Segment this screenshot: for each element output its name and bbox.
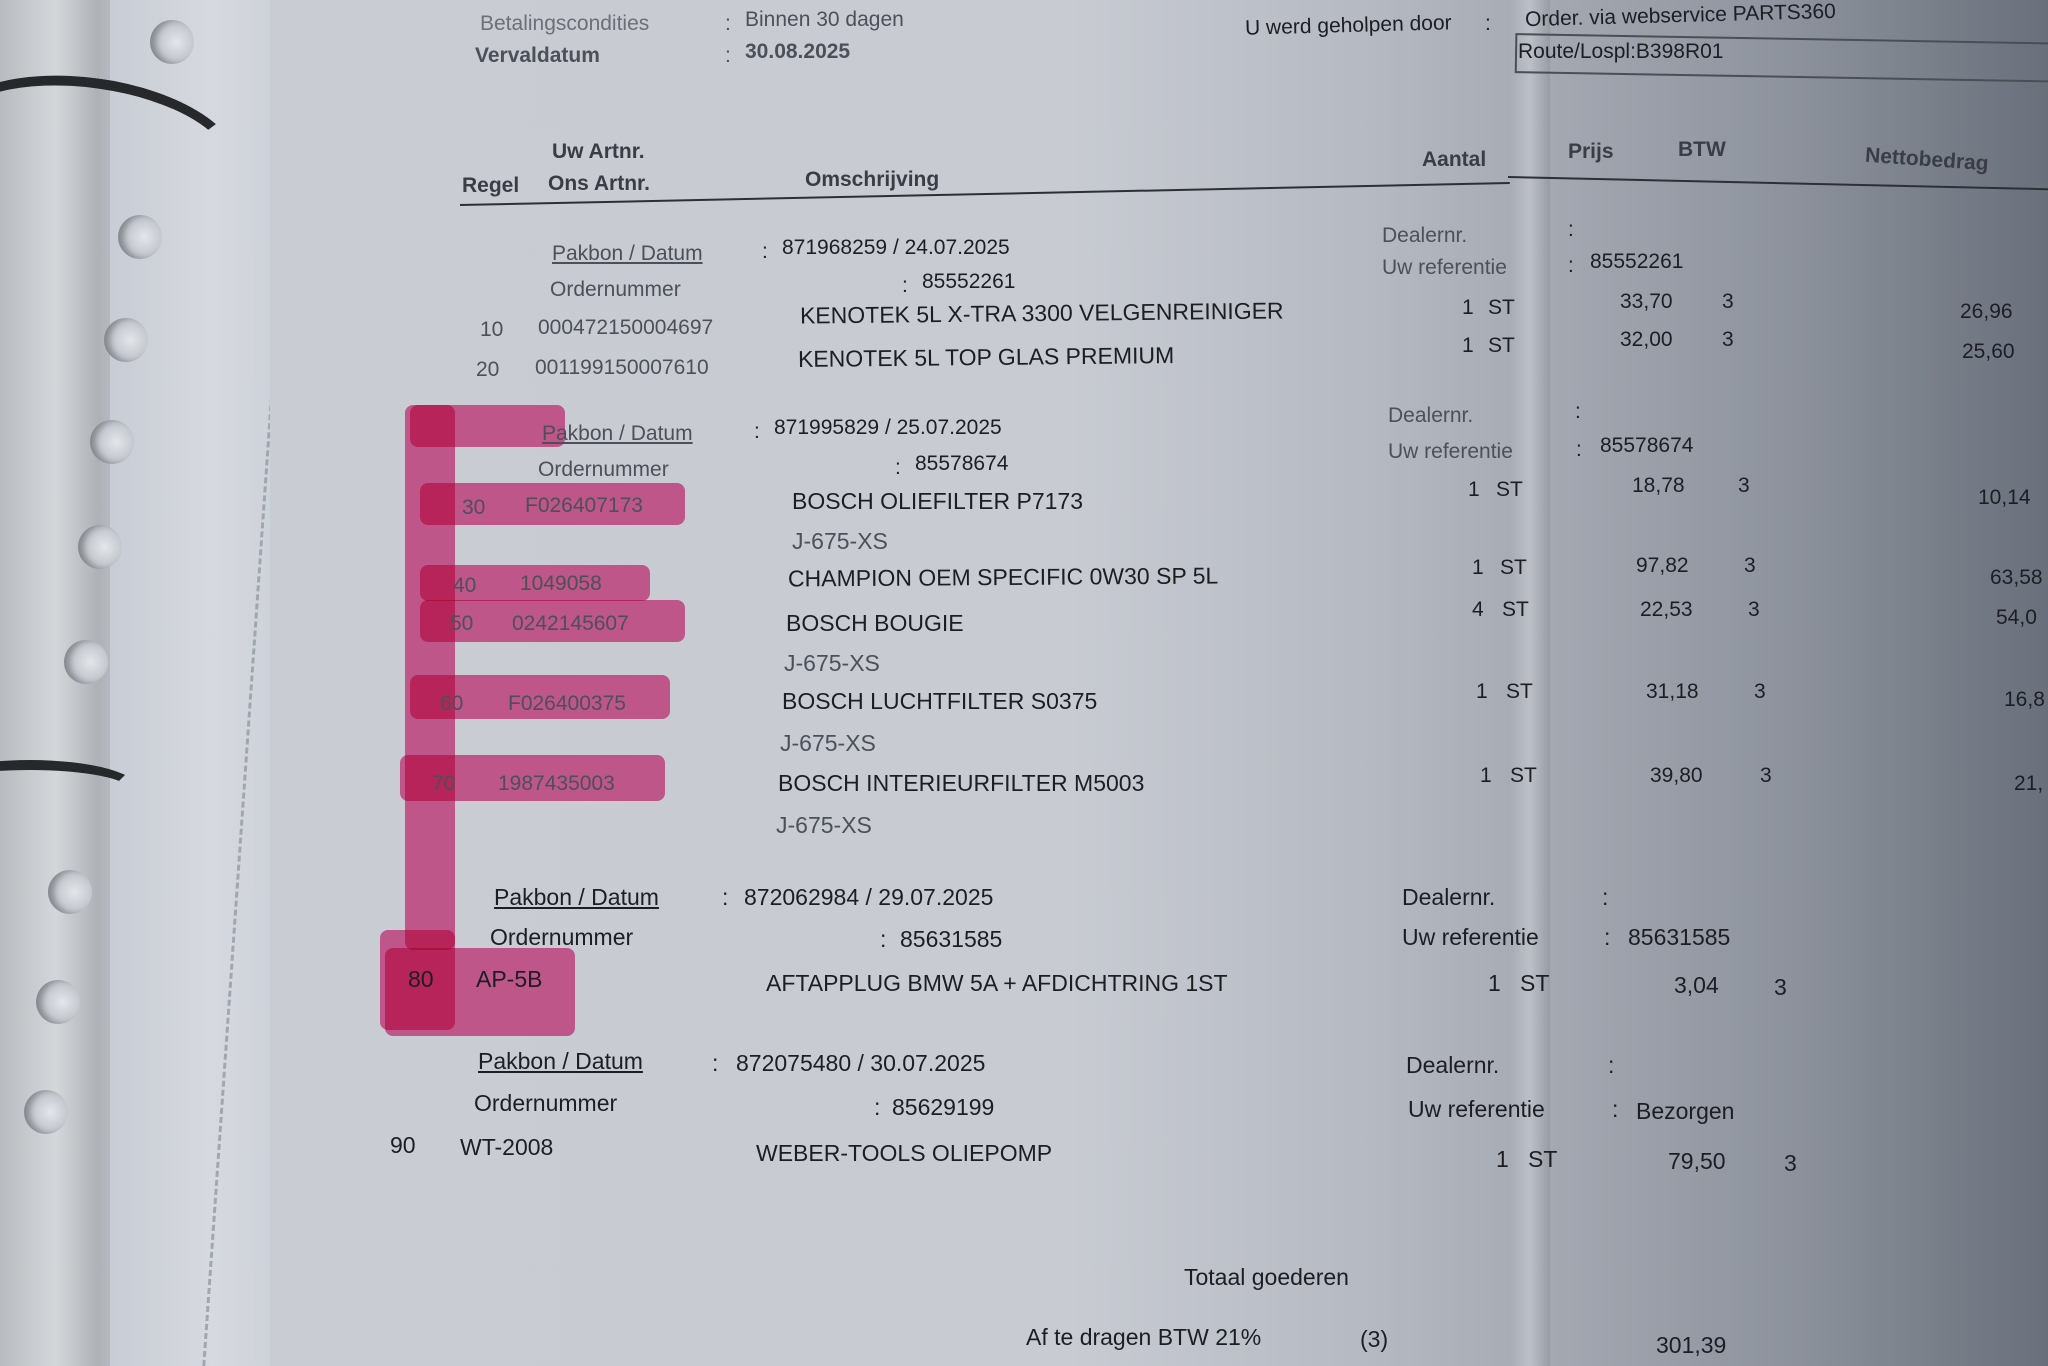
line-btw: 3 [1738,474,1750,498]
vervaldatum-sep: : [725,44,731,68]
punch-hole [36,980,80,1024]
geholpen-label: U werd geholpen door [1245,11,1452,40]
line-prijs: 33,70 [1620,290,1673,314]
line-aantal: 1 [1468,478,1480,502]
line-omschrijving: AFTAPPLUG BMW 5A + AFDICHTRING 1ST [766,970,1228,997]
line-btw: 3 [1754,680,1766,704]
ordernummer-label: Ordernummer [538,458,669,482]
col-ons-artnr: Ons Artnr. [548,172,650,196]
line-omschrijving: KENOTEK 5L X-TRA 3300 VELGENREINIGER [800,297,1284,329]
ordernummer-sep: : [895,456,901,480]
line-omschrijving: KENOTEK 5L TOP GLAS PREMIUM [798,342,1174,373]
uw-referentie-label: Uw referentie [1408,1096,1545,1123]
uw-referentie-label: Uw referentie [1388,440,1513,464]
ordernummer-label: Ordernummer [474,1090,617,1117]
line-netto: 21, [2014,772,2043,796]
line-omschrijving: WEBER-TOOLS OLIEPOMP [756,1140,1052,1167]
uw-referentie-label: Uw referentie [1402,924,1539,951]
line-eenheid: ST [1500,556,1527,580]
uw-referentie-value: Bezorgen [1636,1098,1734,1125]
line-artnr: 1049058 [520,572,602,596]
header-rule [1508,176,2048,191]
line-eenheid: ST [1488,334,1515,358]
line-regel: 80 [408,966,434,993]
dealernr-sep: : [1602,884,1608,911]
line-aantal: 1 [1496,1146,1509,1173]
col-aantal: Aantal [1422,148,1486,172]
line-omschrijving: CHAMPION OEM SPECIFIC 0W30 SP 5L [788,562,1218,592]
betalingscondities-value: Binnen 30 dagen [745,8,904,32]
line-netto: 63,58 [1990,566,2043,590]
line-prijs: 31,18 [1646,680,1699,704]
line-btw: 3 [1760,764,1772,788]
betalingscondities-sep: : [725,12,731,36]
punch-hole [104,318,148,362]
line-prijs: 79,50 [1668,1148,1726,1175]
pakbon-value: 872075480 / 30.07.2025 [736,1050,985,1077]
invoice-page: Betalingscondities : Binnen 30 dagen Ver… [270,0,2048,1366]
punch-hole [90,420,134,464]
col-regel: Regel [462,174,519,198]
line-prijs: 18,78 [1632,474,1685,498]
line-artnr: AP-5B [476,966,542,993]
totaal-goederen-label: Totaal goederen [1184,1264,1349,1291]
line-artnr: F026400375 [508,692,626,716]
line-btw: 3 [1722,328,1734,352]
route-text: Route/Lospl:B398R01 [1518,40,1723,64]
pakbon-label: Pakbon / Datum [478,1048,643,1075]
line-eenheid: ST [1488,296,1515,320]
line-regel: 60 [440,692,463,716]
line-regel: 30 [462,496,485,520]
ordernummer-sep: : [874,1094,880,1121]
line-aantal: 1 [1476,680,1488,704]
line-aantal: 1 [1462,296,1474,320]
uw-referentie-label: Uw referentie [1382,256,1507,280]
line-aantal: 1 [1480,764,1492,788]
line-prijs: 97,82 [1636,554,1689,578]
line-btw: 3 [1774,974,1787,1001]
line-netto: 26,96 [1960,300,2013,324]
pakbon-sep: : [762,240,768,264]
ordernummer-sep: : [880,926,886,953]
line-netto: 25,60 [1962,340,2015,364]
punch-hole [24,1090,68,1134]
line-aantal: 1 [1488,970,1501,997]
line-btw: 3 [1722,290,1734,314]
line-eenheid: ST [1496,478,1523,502]
btw-code: (3) [1360,1326,1388,1353]
line-artnr: F026407173 [525,494,643,518]
ordernummer-label: Ordernummer [550,278,681,302]
line-eenheid: ST [1510,764,1537,788]
ordernummer-label: Ordernummer [490,924,633,951]
uw-referentie-sep: : [1568,254,1574,278]
geholpen-value: Order. via webservice PARTS360 [1525,0,1836,32]
line-netto: 10,14 [1978,486,2031,510]
geholpen-sep: : [1485,12,1491,36]
line-artnr: 001199150007610 [535,356,709,380]
ordernummer-value: 85631585 [900,926,1002,953]
ordernummer-value: 85578674 [915,452,1008,476]
pakbon-label: Pakbon / Datum [494,884,659,911]
dealernr-label: Dealernr. [1402,884,1495,911]
dealernr-label: Dealernr. [1406,1052,1499,1079]
line-regel: 10 [480,318,503,342]
line-eenheid: ST [1528,1146,1557,1173]
line-btw: 3 [1784,1150,1797,1177]
pakbon-label: Pakbon / Datum [542,422,693,446]
line-artnr: WT-2008 [460,1134,553,1161]
uw-referentie-sep: : [1604,924,1610,951]
line-sub: J-675-XS [780,730,876,757]
betalingscondities-label: Betalingscondities [480,12,649,36]
ordernummer-value: 85552261 [922,270,1015,294]
line-regel: 90 [390,1132,416,1159]
btw-basis: 301,39 [1656,1332,1726,1359]
pakbon-sep: : [754,420,760,444]
line-artnr: 0242145607 [512,612,629,636]
line-sub: J-675-XS [792,528,888,555]
ordernummer-value: 85629199 [892,1094,994,1121]
col-nettobedrag: Nettobedrag [1864,144,1989,177]
ordernummer-sep: : [902,274,908,298]
uw-referentie-value: 85552261 [1590,250,1683,274]
line-prijs: 22,53 [1640,598,1693,622]
line-eenheid: ST [1502,598,1529,622]
vervaldatum-value: 30.08.2025 [745,40,850,64]
col-omschrijving: Omschrijving [805,168,939,192]
punch-hole [78,525,122,569]
line-eenheid: ST [1506,680,1533,704]
line-netto: 54,0 [1996,606,2037,630]
punch-hole [48,870,92,914]
pakbon-value: 871968259 / 24.07.2025 [782,236,1010,260]
line-artnr: 000472150004697 [538,316,713,340]
uw-referentie-value: 85578674 [1600,434,1693,458]
punch-hole [150,20,194,64]
line-regel: 70 [432,772,455,796]
line-prijs: 39,80 [1650,764,1703,788]
line-aantal: 1 [1462,334,1474,358]
dealernr-sep: : [1575,400,1581,424]
line-regel: 40 [453,574,476,598]
pakbon-sep: : [712,1050,718,1077]
uw-referentie-sep: : [1612,1096,1618,1123]
btw-label: Af te dragen BTW 21% [1026,1324,1261,1351]
line-omschrijving: BOSCH BOUGIE [786,610,964,637]
line-btw: 3 [1748,598,1760,622]
line-regel: 20 [476,358,499,382]
uw-referentie-value: 85631585 [1628,924,1730,951]
pakbon-sep: : [722,884,728,911]
dealernr-sep: : [1568,218,1574,242]
line-eenheid: ST [1520,970,1549,997]
pakbon-value: 872062984 / 29.07.2025 [744,884,993,911]
col-btw: BTW [1678,138,1726,162]
line-btw: 3 [1744,554,1756,578]
line-prijs: 3,04 [1674,972,1719,999]
line-aantal: 4 [1472,598,1484,622]
line-regel: 50 [450,612,473,636]
vervaldatum-label: Vervaldatum [475,44,600,68]
line-sub: J-675-XS [776,812,872,839]
line-sub: J-675-XS [784,650,880,677]
pakbon-value: 871995829 / 25.07.2025 [774,416,1002,440]
line-prijs: 32,00 [1620,328,1673,352]
line-omschrijving: BOSCH LUCHTFILTER S0375 [782,688,1097,715]
line-artnr: 1987435003 [498,772,615,796]
line-netto: 16,8 [2004,688,2045,712]
col-prijs: Prijs [1568,140,1614,164]
dealernr-label: Dealernr. [1382,224,1467,248]
line-aantal: 1 [1472,556,1484,580]
line-omschrijving: BOSCH INTERIEURFILTER M5003 [778,770,1144,797]
line-omschrijving: BOSCH OLIEFILTER P7173 [792,488,1083,515]
punch-hole [118,215,162,259]
dealernr-sep: : [1608,1052,1614,1079]
col-uw-artnr: Uw Artnr. [552,140,645,164]
dealernr-label: Dealernr. [1388,404,1473,428]
uw-referentie-sep: : [1576,438,1582,462]
punch-hole [64,640,108,684]
pakbon-label: Pakbon / Datum [552,242,703,266]
